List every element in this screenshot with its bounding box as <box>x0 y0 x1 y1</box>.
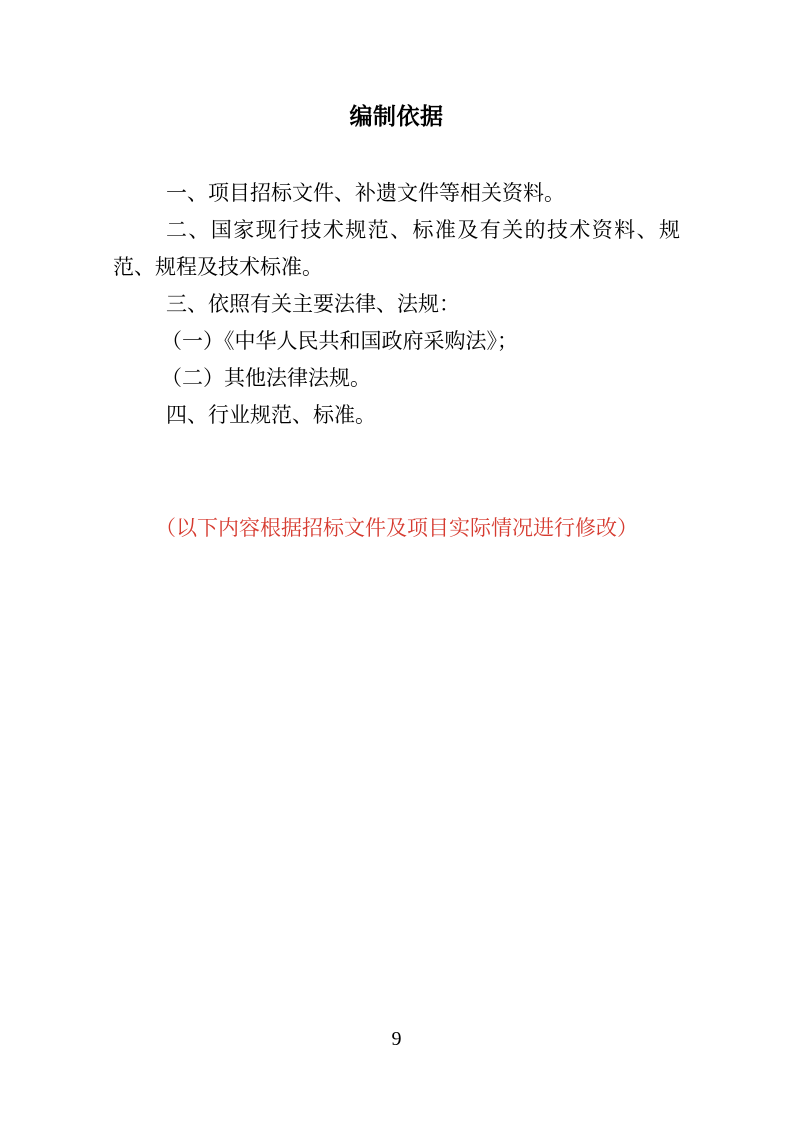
body-paragraph-5: （二）其他法律法规。 <box>113 360 680 397</box>
red-note-text: （以下内容根据招标文件及项目实际情况进行修改） <box>113 510 680 547</box>
body-paragraph-1: 一、项目招标文件、补遗文件等相关资料。 <box>113 175 680 212</box>
body-paragraph-4: （一）《中华人民共和国政府采购法》； <box>113 323 680 360</box>
body-paragraph-6: 四、行业规范、标准。 <box>113 397 680 434</box>
body-paragraph-3: 三、依照有关主要法律、法规： <box>113 286 680 323</box>
page-number: 9 <box>0 1026 793 1052</box>
document-body: 编制依据 一、项目招标文件、补遗文件等相关资料。 二、国家现行技术规范、标准及有… <box>113 98 680 547</box>
page-title: 编制依据 <box>113 98 680 135</box>
body-paragraph-2: 二、国家现行技术规范、标准及有关的技术资料、规范、规程及技术标准。 <box>113 212 680 286</box>
document-page: 编制依据 一、项目招标文件、补遗文件等相关资料。 二、国家现行技术规范、标准及有… <box>0 0 793 1122</box>
